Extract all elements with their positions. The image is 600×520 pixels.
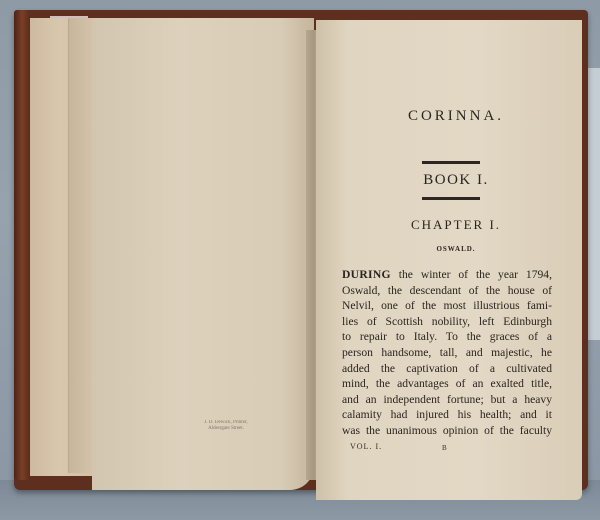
chapter-heading: CHAPTER I. — [356, 217, 556, 233]
body-line: calamity had injured his health; and it — [342, 407, 552, 423]
body-text: DURING the winter of the year 1794, Oswa… — [342, 267, 552, 439]
body-line: Oswald, the descendant of the house of — [342, 283, 552, 299]
volume-signature: VOL. I. — [350, 442, 382, 451]
imprint-line-2: Aldersgate Street. — [186, 426, 266, 432]
running-title: CORINNA. — [356, 108, 556, 125]
binding-left-edge — [14, 10, 30, 480]
first-word: DURING — [342, 268, 391, 281]
body-line: Nelvil, one of the most illustrious fami… — [342, 298, 552, 314]
body-line: person handsome, tall, and majestic, he — [342, 345, 552, 361]
body-line: added the captivation of a cultivated — [342, 361, 552, 377]
body-line: to repair to Italy. To the graces of a — [342, 329, 552, 345]
signature-mark: B — [442, 444, 447, 452]
body-line: was the unanimous opinion of the faculty — [342, 423, 552, 439]
rule-bottom — [422, 197, 480, 200]
book-heading: BOOK I. — [356, 172, 556, 189]
body-line: mind, the advantages of an exalted title… — [342, 376, 552, 392]
body-line: DURING the winter of the year 1794, — [342, 267, 552, 283]
printer-imprint: J. D. Dewick, Printer, Aldersgate Street… — [186, 420, 266, 432]
chapter-subtitle: OSWALD. — [356, 245, 556, 253]
body-line: and an independent fortune; but a heavy — [342, 392, 552, 408]
bleed-through-subtitle: ​ — [180, 130, 290, 145]
rule-top — [422, 161, 480, 164]
right-page-content: CORINNA. BOOK I. CHAPTER I. OSWALD. DURI… — [336, 108, 556, 439]
body-line: lies of Scottish nobility, left Edinburg… — [342, 314, 552, 330]
open-book: ​ ​ J. D. Dewick, Printer, Aldersgate St… — [0, 0, 600, 520]
bleed-through-title: ​ — [170, 60, 300, 76]
